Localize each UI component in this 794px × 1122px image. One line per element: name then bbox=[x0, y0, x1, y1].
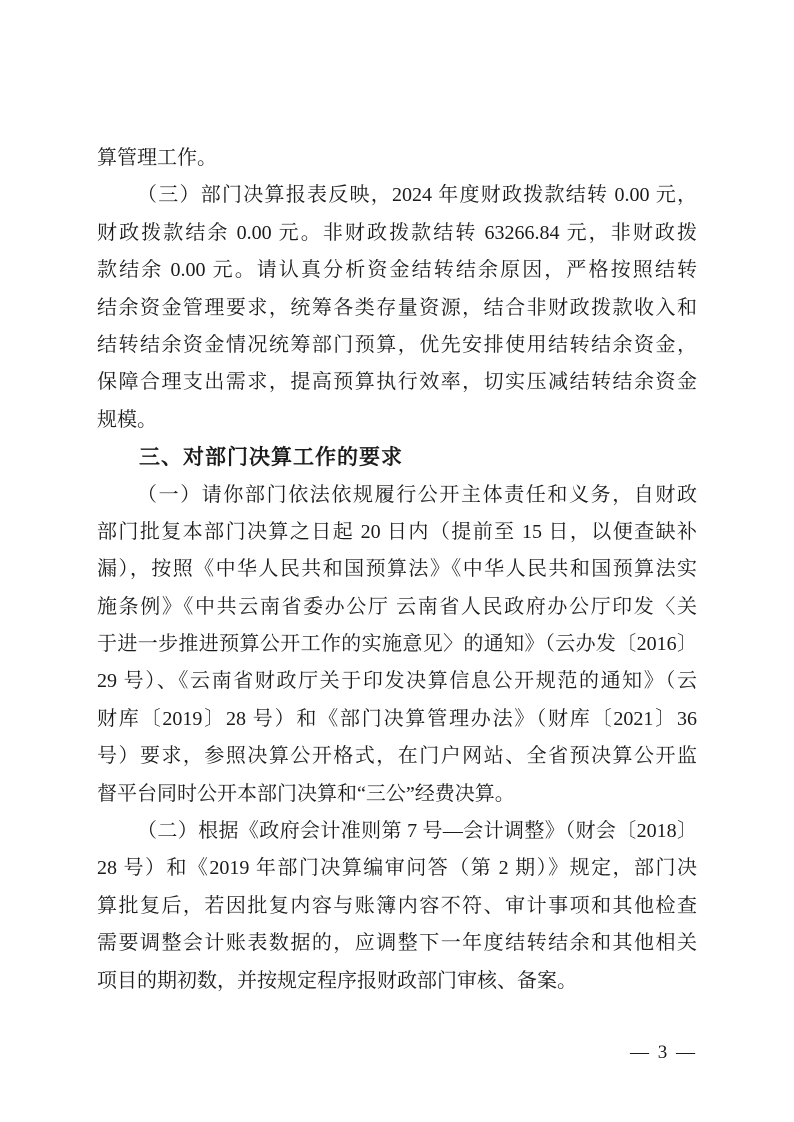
text-line: 漏），按照《中华人民共和国预算法》《中华人民共和国预算法实 bbox=[97, 551, 697, 588]
text-line: 结转结余资金情况统筹部门预算，优先安排使用结转结余资金， bbox=[97, 327, 697, 364]
text-line: 于进一步推进预算公开工作的实施意见〉的通知》（云办发〔2016〕 bbox=[97, 626, 697, 663]
text-line: 需要调整会计账表数据的，应调整下一年度结转结余和其他相关 bbox=[97, 925, 697, 962]
text-line: 督平台同时公开本部门决算和“三公”经费决算。 bbox=[97, 776, 697, 813]
document-page: 算管理工作。 （三）部门决算报表反映，2024 年度财政拨款结转 0.00 元，… bbox=[0, 0, 794, 1122]
text-line: 规模。 bbox=[97, 402, 697, 439]
page-number: — 3 — bbox=[630, 1042, 697, 1064]
text-line: 款结余 0.00 元。请认真分析资金结转结余原因，严格按照结转 bbox=[97, 252, 697, 289]
text-line: 财政拨款结余 0.00 元。非财政拨款结转 63266.84 元，非财政拨 bbox=[97, 215, 697, 252]
text-line: （一）请你部门依法依规履行公开主体责任和义务，自财政 bbox=[97, 477, 697, 514]
text-line: 项目的期初数，并按规定程序报财政部门审核、备案。 bbox=[97, 963, 697, 1000]
text-line: 算管理工作。 bbox=[97, 140, 697, 177]
text-line: 部门批复本部门决算之日起 20 日内（提前至 15 日，以便查缺补 bbox=[97, 514, 697, 551]
text-line: 算批复后，若因批复内容与账簿内容不符、审计事项和其他检查 bbox=[97, 888, 697, 925]
text-line: 财库〔2019〕28 号）和《部门决算管理办法》（财库〔2021〕36 bbox=[97, 701, 697, 738]
text-line: 结余资金管理要求，统筹各类存量资源，结合非财政拨款收入和 bbox=[97, 290, 697, 327]
text-line: （二）根据《政府会计准则第 7 号—会计调整》（财会〔2018〕 bbox=[97, 813, 697, 850]
text-line: （三）部门决算报表反映，2024 年度财政拨款结转 0.00 元， bbox=[97, 177, 697, 214]
text-line: 施条例》《中共云南省委办公厅 云南省人民政府办公厅印发〈关 bbox=[97, 589, 697, 626]
text-line: 29 号）、《云南省财政厅关于印发决算信息公开规范的通知》（云 bbox=[97, 663, 697, 700]
section-heading: 三、对部门决算工作的要求 bbox=[97, 439, 697, 476]
text-line: 号）要求，参照决算公开格式，在门户网站、全省预决算公开监 bbox=[97, 738, 697, 775]
text-line: 28 号）和《2019 年部门决算编审问答（第 2 期）》规定，部门决 bbox=[97, 850, 697, 887]
document-body: 算管理工作。 （三）部门决算报表反映，2024 年度财政拨款结转 0.00 元，… bbox=[97, 140, 697, 1000]
text-line: 保障合理支出需求，提高预算执行效率，切实压减结转结余资金 bbox=[97, 364, 697, 401]
